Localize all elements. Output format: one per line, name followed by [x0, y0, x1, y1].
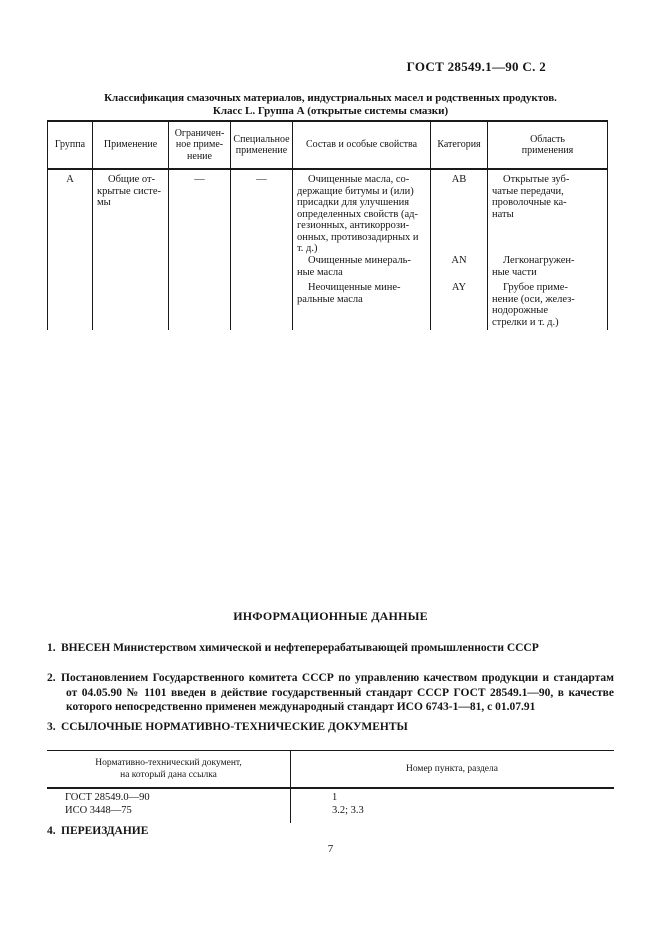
- area-entry: Легконагружен- ные части: [492, 255, 603, 282]
- doc-reference: ГОСТ 28549.1—90 С. 2: [407, 59, 546, 75]
- info-section-heading: ИНФОРМАЦИОННЫЕ ДАННЫЕ: [47, 609, 614, 624]
- col-header-composition: Состав и особые свойства: [292, 122, 430, 168]
- table-title-line1: Классификация смазочных материалов, инду…: [47, 92, 614, 105]
- item-text: ССЫЛОЧНЫЕ НОРМАТИВНО-ТЕХНИЧЕСКИЕ ДОКУМЕН…: [61, 721, 408, 733]
- ref-document: ГОСТ 28549.0—90: [65, 791, 290, 804]
- references-table-header-row: Нормативно-технический документ, на кото…: [47, 751, 614, 789]
- classification-table: Группа Применение Ограничен- ное приме- …: [47, 120, 608, 330]
- category-code: AN: [435, 255, 483, 282]
- info-item-4: 4.ПЕРЕИЗДАНИЕ: [47, 824, 614, 839]
- cell-composition: Очищенные масла, со- держащие битумы и (…: [292, 170, 430, 330]
- ref-clauses-column: 1 3.2; 3.3: [290, 791, 614, 817]
- document-page: ГОСТ 28549.1—90 С. 2 Классификация смазо…: [0, 0, 661, 936]
- item-number: 2.: [47, 671, 61, 686]
- ref-col-header-clause: Номер пункта, раздела: [290, 751, 614, 787]
- references-table: Нормативно-технический документ, на кото…: [47, 750, 614, 823]
- ref-clause: 1: [332, 791, 614, 804]
- area-entry: Грубое приме- нение (оси, желез- нодорож…: [492, 282, 603, 328]
- classification-table-title: Классификация смазочных материалов, инду…: [47, 92, 614, 118]
- category-code: AB: [435, 174, 483, 255]
- item-text: ВНЕСЕН Министерством химической и нефтеп…: [61, 642, 539, 654]
- cell-application: Общие от- крытые систе- мы: [92, 170, 168, 330]
- cell-application-area: Открытые зуб- чатые передачи, проволочны…: [487, 170, 608, 330]
- col-header-application: Применение: [92, 122, 168, 168]
- col-header-special-use: Специальное применение: [230, 122, 292, 168]
- col-header-group: Группа: [47, 122, 92, 168]
- item-text: Постановлением Государственного комитета…: [61, 672, 614, 713]
- area-entry: Открытые зуб- чатые передачи, проволочны…: [492, 174, 603, 255]
- cell-limited-use: —: [168, 170, 230, 330]
- cell-special-use: —: [230, 170, 292, 330]
- ref-document: ИСО 3448—75: [65, 804, 290, 817]
- classification-table-header-row: Группа Применение Ограничен- ное приме- …: [47, 122, 608, 170]
- category-code: AY: [435, 282, 483, 294]
- cell-group: А: [47, 170, 92, 330]
- composition-entry: Неочищенные мине- ральные масла: [297, 282, 426, 305]
- references-table-divider: [290, 751, 291, 823]
- col-header-application-area: Область применения: [487, 122, 608, 168]
- ref-col-header-document: Нормативно-технический документ, на кото…: [47, 751, 290, 787]
- table-title-line2: Класс L. Группа А (открытые системы смаз…: [47, 105, 614, 118]
- ref-documents-column: ГОСТ 28549.0—90 ИСО 3448—75: [47, 791, 290, 817]
- composition-entry: Очищенные минераль- ные масла: [297, 255, 426, 282]
- col-header-limited-use: Ограничен- ное приме- нение: [168, 122, 230, 168]
- info-item-3: 3.ССЫЛОЧНЫЕ НОРМАТИВНО-ТЕХНИЧЕСКИЕ ДОКУМ…: [47, 720, 614, 735]
- composition-entry: Очищенные масла, со- держащие битумы и (…: [297, 174, 426, 255]
- col-header-category: Категория: [430, 122, 487, 168]
- references-table-body: ГОСТ 28549.0—90 ИСО 3448—75 1 3.2; 3.3: [47, 789, 614, 823]
- info-item-1: 1.ВНЕСЕН Министерством химической и нефт…: [47, 641, 614, 656]
- info-item-2: 2.Постановлением Государственного комите…: [47, 671, 614, 715]
- item-number: 4.: [47, 824, 61, 839]
- ref-clause: 3.2; 3.3: [332, 804, 614, 817]
- item-text: ПЕРЕИЗДАНИЕ: [61, 825, 148, 837]
- classification-table-body-row: А Общие от- крытые систе- мы — — Очищенн…: [47, 170, 608, 330]
- page-number: 7: [0, 843, 661, 855]
- cell-category: AB AN AY: [430, 170, 487, 330]
- item-number: 3.: [47, 720, 61, 735]
- item-number: 1.: [47, 641, 61, 656]
